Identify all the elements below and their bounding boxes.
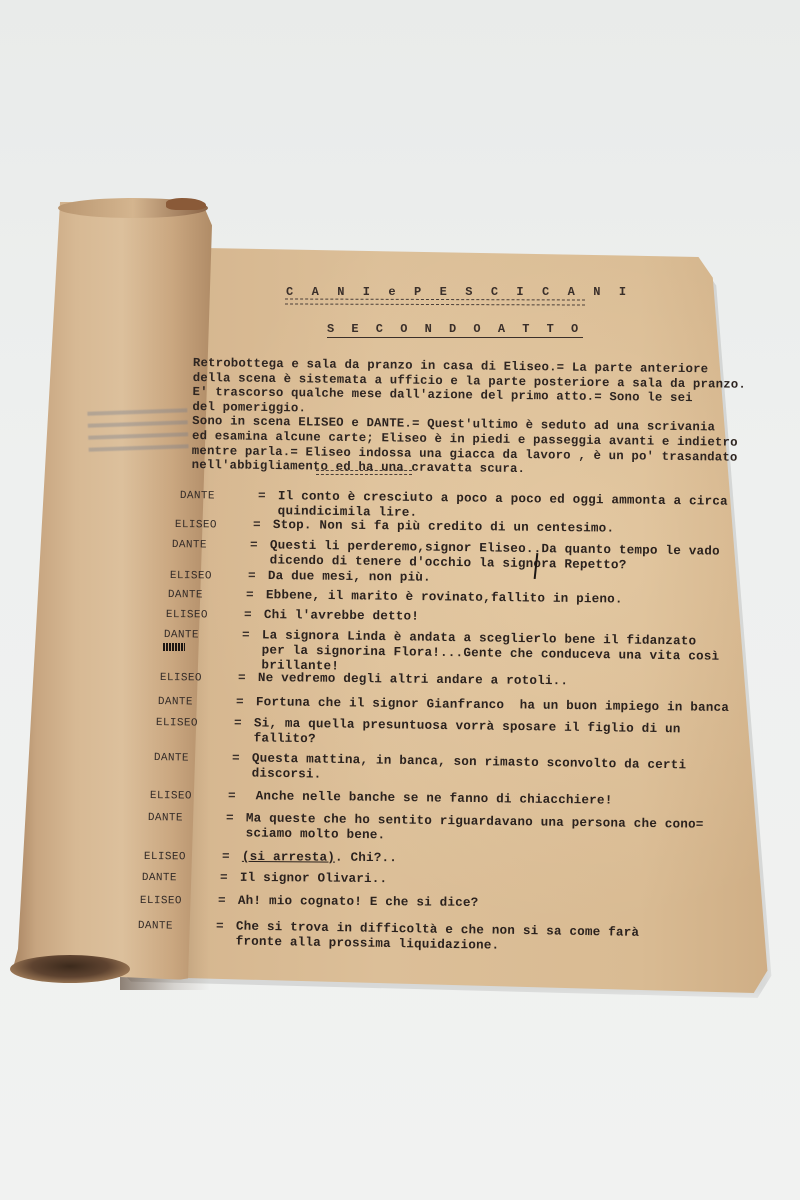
underlined-stage-note: (si arresta) (242, 850, 335, 865)
speaker-separator: = (229, 628, 262, 673)
speech-text: Questa mattina, in banca, son rimasto sc… (252, 752, 687, 789)
speaker-name: ELISEO (140, 893, 206, 910)
dialogue-entry: ELISEO=Stop. Non si fa più credito di un… (175, 517, 614, 538)
play-title: C A N I e P E S C I C A N I (286, 285, 632, 299)
dialogue-entry: DANTE=Questa mattina, in banca, son rima… (154, 750, 687, 788)
act-heading: S E C O N D O A T T O (327, 322, 583, 338)
speaker-separator: = (236, 569, 268, 585)
dialogue-entry: ELISEO=(si arresta). Chi?.. (144, 849, 397, 867)
speaker-name: ELISEO (144, 849, 210, 866)
speaker-name: ELISEO (170, 568, 236, 585)
speaker-name: DANTE (148, 810, 214, 841)
speech-text: Fortuna che il signor Gianfranco ha un b… (256, 695, 729, 717)
stage-directions: Retrobottega e sala da pranzo in casa di… (192, 356, 733, 479)
speaker-separator: = (246, 489, 278, 519)
dialogue-entry: DANTE=Fortuna che il signor Gianfranco h… (158, 694, 729, 717)
speaker-separator: = (208, 871, 240, 887)
speaker-name: ELISEO (166, 607, 232, 624)
speech-text: Stop. Non si fa più credito di un centes… (273, 518, 614, 538)
dialogue-entry: ELISEO=Ah! mio cognato! E che si dice? (140, 893, 479, 912)
document-text: C A N I e P E S C I C A N I S E C O N D … (0, 0, 800, 1200)
section-divider (316, 470, 412, 475)
speaker-separator: = (241, 518, 273, 534)
speaker-name: ELISEO (160, 670, 226, 687)
speaker-name: ELISEO (175, 517, 241, 534)
speaker-name: DANTE (158, 694, 224, 711)
title-double-rule (285, 298, 585, 305)
speech-text: Che si trova in difficoltà e che non si … (236, 920, 640, 956)
speaker-name: DANTE (154, 750, 220, 781)
speaker-name: DANTE (180, 488, 246, 519)
speaker-name: DANTE (172, 537, 238, 568)
speaker-separator: = (214, 811, 246, 841)
speaker-separator: = (234, 588, 266, 604)
speaker-separator: = (216, 789, 248, 805)
speaker-separator: = (232, 608, 264, 624)
speech-text: Anche nelle banche se ne fanno di chiacc… (248, 789, 613, 809)
speaker-name: ELISEO (156, 715, 222, 746)
speaker-separator: = (204, 919, 236, 949)
speaker-separator: = (206, 894, 238, 910)
speaker-name: ELISEO (150, 788, 216, 805)
photo-scene: C A N I e P E S C I C A N I S E C O N D … (0, 0, 800, 1200)
dialogue-entry: DANTE=Ma queste che ho sentito riguardav… (148, 810, 704, 848)
speaker-separator: = (238, 538, 270, 568)
dialogue-entry: ELISEO= Anche nelle banche se ne fanno d… (150, 788, 613, 810)
speech-text: Da due mesi, non più. (268, 569, 431, 587)
speech-text: Chi l'avrebbe detto! (264, 608, 419, 626)
speech-text: Ma queste che ho sentito riguardavano un… (246, 811, 704, 847)
speaker-name: DANTE (138, 918, 204, 949)
dialogue-entry: DANTE=Il signor Olivari.. (142, 870, 388, 888)
speech-text: Il signor Olivari.. (240, 871, 388, 888)
speaker-name: DANTE (142, 870, 208, 887)
speaker-separator: = (222, 716, 254, 746)
speech-text: Ah! mio cognato! E che si dice? (238, 894, 479, 912)
speaker-separator: = (220, 751, 252, 781)
speaker-separator: = (224, 695, 256, 711)
speech-text: Ne vedremo degli altri andare a rotoli.. (258, 671, 568, 690)
dialogue-entry: ELISEO=Ne vedremo degli altri andare a r… (160, 670, 568, 690)
dialogue-entry: ELISEO=Da due mesi, non più. (170, 568, 431, 587)
dialogue-entry: ELISEO=Si, ma quella presuntuosa vorrà s… (156, 715, 681, 752)
speaker-separator: = (210, 850, 242, 866)
dialogue-entry: DANTE=Ebbene, il marito è rovinato,falli… (168, 587, 623, 609)
dialogue-entry: ELISEO=Chi l'avrebbe detto! (166, 607, 419, 626)
speaker-separator: = (226, 671, 258, 687)
speech-text: (si arresta). Chi?.. (242, 850, 397, 867)
crossed-out-mark (163, 643, 185, 651)
speech-text: Si, ma quella presuntuosa vorrà sposare … (254, 716, 681, 752)
speaker-name: DANTE (168, 587, 234, 604)
speech-text: Ebbene, il marito è rovinato,fallito in … (266, 588, 623, 608)
dialogue-entry: DANTE=Che si trova in difficoltà e che n… (138, 918, 640, 956)
